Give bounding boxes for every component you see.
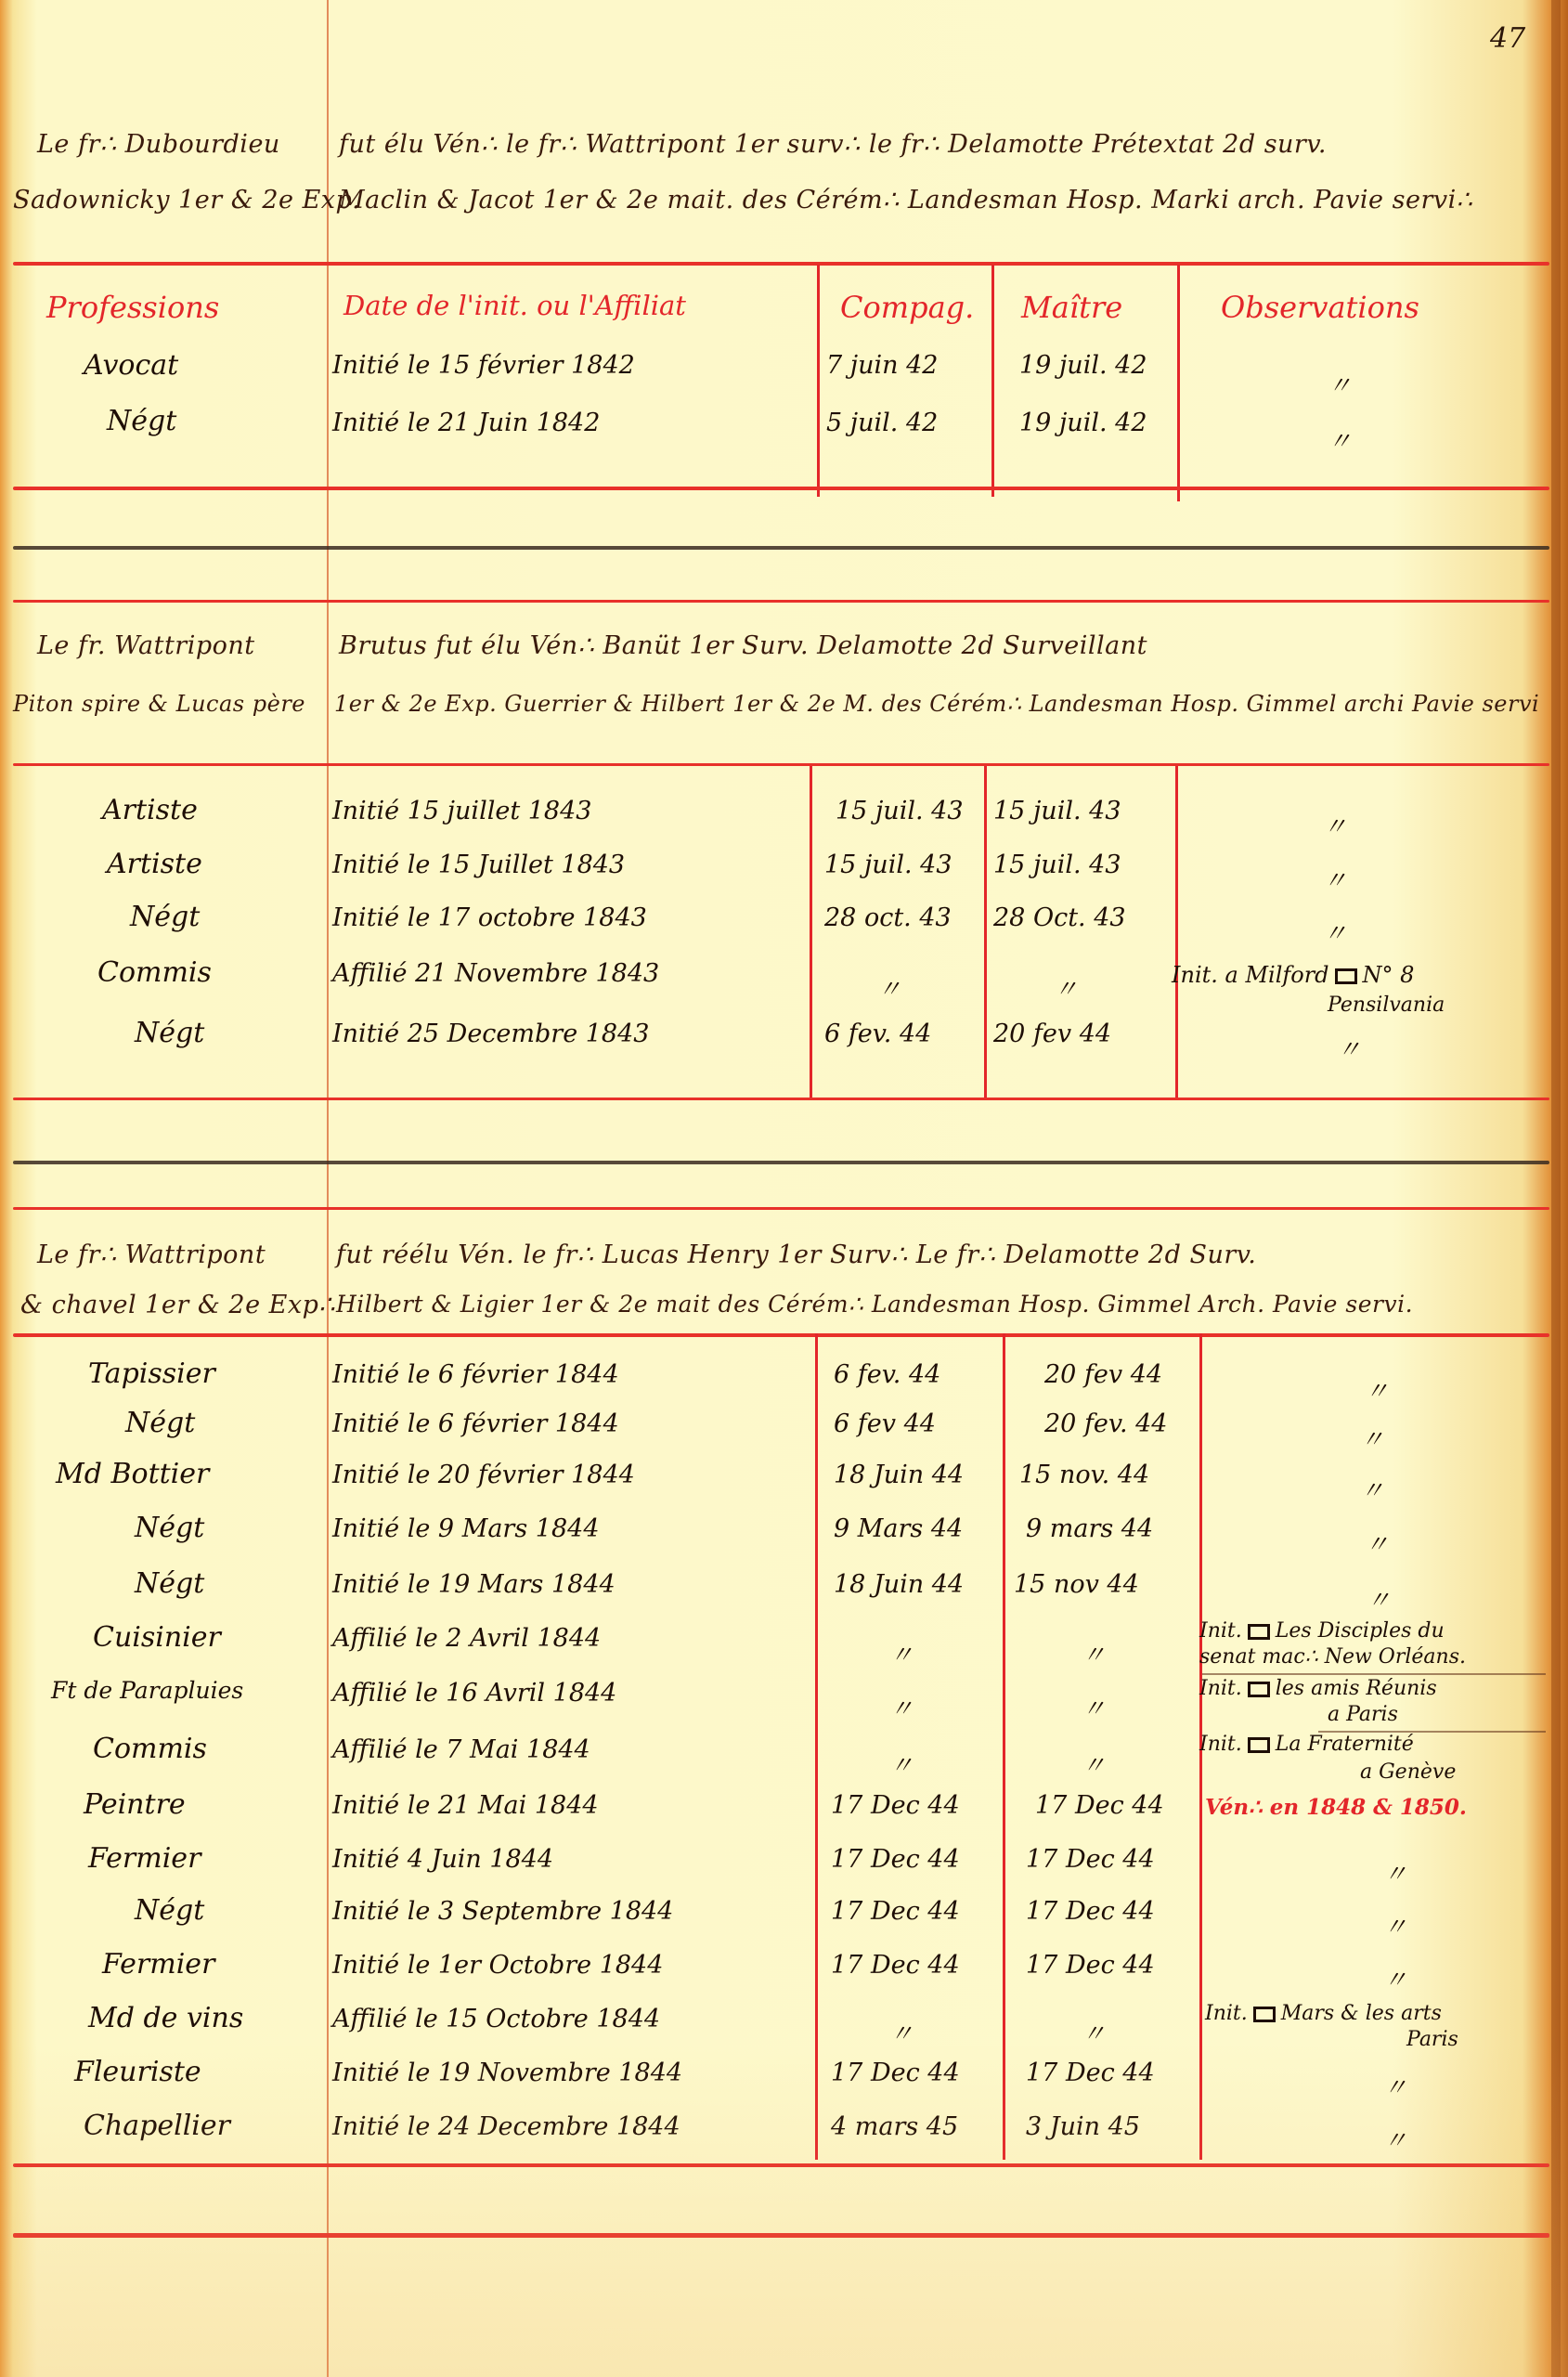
cell-maitre: 〃: [1082, 2015, 1106, 2049]
cell-maitre: 〃: [1082, 1690, 1106, 1724]
cell-compagnon: 〃: [877, 970, 901, 1005]
cell-compagnon: 7 juin 42: [826, 351, 939, 380]
cell-date: Initié le 1er Octobre 1844: [332, 1951, 663, 1980]
cell-compagnon: 17 Dec 44: [831, 2059, 960, 2087]
cell-date: Initié 25 Decembre 1843: [332, 1020, 649, 1048]
cell-date: Initié le 9 Mars 1844: [332, 1514, 600, 1543]
cell-profession: Md de vins: [88, 2002, 243, 2034]
cell-maitre: 20 fev. 44: [1044, 1409, 1167, 1438]
cell-maitre: 17 Dec 44: [1026, 1845, 1155, 1874]
cell-observations: Init.La Fraternité: [1199, 1733, 1414, 1756]
cell-date: Initié le 6 février 1844: [332, 1409, 619, 1438]
cell-profession: Md Bottier: [56, 1458, 209, 1490]
officer-line-name: Le fr∴ Dubourdieu: [37, 130, 280, 159]
book-binding-edge: [1551, 0, 1561, 2377]
cell-observations: 〃: [1328, 422, 1352, 457]
cell-observations: 〃: [1367, 1581, 1391, 1616]
cell-compagnon: 28 oct. 43: [824, 903, 952, 932]
cell-observations-line2: senat mac∴ New Orléans.: [1199, 1645, 1466, 1669]
section-divider: [13, 1333, 1549, 1337]
cell-maitre: 〃: [1082, 1636, 1106, 1670]
cell-profession: Fleuriste: [74, 2056, 201, 2088]
cell-profession: Tapissier: [88, 1357, 215, 1390]
officer-line-text: fut élu Vén∴ le fr∴ Wattripont 1er surv∴…: [339, 130, 1327, 159]
cell-date: Initié 15 juillet 1843: [332, 797, 591, 825]
officer-line-text: 1er & 2e Exp. Guerrier & Hilbert 1er & 2…: [334, 691, 1539, 717]
cell-date: Initié le 17 octobre 1843: [332, 903, 647, 932]
cell-profession: Avocat: [84, 349, 178, 382]
cell-profession: Fermier: [88, 1842, 201, 1875]
cell-date: Affilié le 15 Octobre 1844: [332, 2005, 660, 2033]
section-separator-dark: [13, 546, 1549, 550]
cell-maitre: 〃: [1054, 970, 1078, 1005]
cell-profession: Peintre: [84, 1788, 186, 1821]
cell-maitre: 〃: [1082, 1747, 1106, 1781]
cell-maitre: 17 Dec 44: [1026, 1897, 1155, 1926]
column-rule: [1003, 1333, 1005, 2160]
cell-compagnon: 〃: [889, 2015, 914, 2049]
cell-compagnon: 5 juil. 42: [826, 409, 938, 437]
cell-observations: Init.Mars & les arts: [1205, 2002, 1442, 2025]
section-end-rule: [13, 1098, 1549, 1100]
header-maitre: Maître: [1021, 290, 1122, 325]
section-end-rule: [13, 487, 1549, 490]
column-rule: [817, 265, 820, 497]
cell-date: Initié le 15 Juillet 1843: [332, 851, 625, 879]
cell-maitre: 15 juil. 43: [993, 797, 1121, 825]
cell-profession: Ft de Parapluies: [51, 1677, 243, 1704]
cell-compagnon: 6 fev. 44: [824, 1020, 931, 1048]
cell-observations: 〃: [1360, 1472, 1384, 1506]
section-separator-dark: [13, 1161, 1549, 1164]
cell-maitre: 19 juil. 42: [1019, 351, 1147, 380]
column-rule: [991, 265, 994, 497]
cell-profession: Commis: [93, 1733, 207, 1765]
cell-observations: Init. a MilfordN° 8: [1172, 962, 1414, 988]
officer-line-name: & chavel 1er & 2e Exp∴: [20, 1291, 335, 1319]
page-end-rule: [13, 2233, 1549, 2238]
cell-maitre: 17 Dec 44: [1035, 1791, 1164, 1820]
header-professions: Professions: [46, 290, 219, 325]
cell-profession: Négt: [135, 1512, 204, 1544]
cell-compagnon: 〃: [889, 1636, 914, 1670]
cell-date: Initié 4 Juin 1844: [332, 1845, 553, 1874]
cell-date: Initié le 19 Mars 1844: [332, 1570, 616, 1599]
cell-compagnon: 17 Dec 44: [831, 1791, 960, 1820]
cell-compagnon: 17 Dec 44: [831, 1897, 960, 1926]
cell-observations: 〃: [1328, 367, 1352, 401]
cell-profession: Commis: [97, 956, 212, 989]
cell-observations: 〃: [1323, 862, 1347, 896]
cell-date: Affilié le 2 Avril 1844: [332, 1624, 601, 1653]
cell-observations-line2: Pensilvania: [1328, 994, 1445, 1017]
section-end-rule: [13, 2163, 1549, 2167]
cell-maitre: 20 fev 44: [993, 1020, 1111, 1048]
cell-date: Affilié le 7 Mai 1844: [332, 1735, 590, 1764]
officer-line-text: Hilbert & Ligier 1er & 2e mait des Cérém…: [336, 1291, 1413, 1318]
officer-line-name: Le fr. Wattripont: [37, 631, 255, 660]
cell-maitre: 20 fev 44: [1044, 1360, 1162, 1389]
cell-observations-line2: a Paris: [1328, 1703, 1398, 1726]
cell-maitre: 28 Oct. 43: [993, 903, 1126, 932]
cell-compagnon: 〃: [889, 1690, 914, 1724]
officer-line-name: Piton spire & Lucas père: [13, 691, 305, 717]
cell-profession: Négt: [130, 901, 200, 933]
cell-maitre: 17 Dec 44: [1026, 1951, 1155, 1980]
cell-observations: 〃: [1383, 1908, 1407, 1942]
cell-observations: 〃: [1383, 2122, 1407, 2156]
column-rule: [1177, 265, 1180, 501]
cell-maitre: 3 Juin 45: [1026, 2112, 1140, 2141]
cell-date: Affilié 21 Novembre 1843: [332, 959, 659, 988]
cell-compagnon: 18 Juin 44: [834, 1461, 964, 1489]
column-rule: [810, 766, 812, 1100]
cell-observations: Vén∴ en 1848 & 1850.: [1205, 1795, 1467, 1820]
header-date: Date de l'init. ou l'Affiliat: [343, 290, 686, 321]
lodge-square-icon: [1248, 1682, 1270, 1697]
cell-date: Initié le 21 Mai 1844: [332, 1791, 599, 1820]
cell-maitre: 19 juil. 42: [1019, 409, 1147, 437]
cell-compagnon: 17 Dec 44: [831, 1845, 960, 1874]
cell-profession: Négt: [107, 405, 176, 437]
cell-observations: 〃: [1360, 1421, 1384, 1455]
cell-maitre: 15 nov 44: [1014, 1570, 1139, 1599]
officer-line-name: Le fr∴ Wattripont: [37, 1240, 266, 1269]
header-observations: Observations: [1221, 290, 1419, 325]
cell-date: Initié le 6 février 1844: [332, 1360, 619, 1389]
observation-underline: [1202, 1673, 1546, 1675]
cell-date: Initié le 24 Decembre 1844: [332, 2112, 680, 2141]
cell-profession: Négt: [135, 1567, 204, 1600]
lodge-square-icon: [1248, 1737, 1270, 1753]
cell-compagnon: 〃: [889, 1747, 914, 1781]
lodge-square-icon: [1335, 968, 1357, 984]
cell-compagnon: 17 Dec 44: [831, 1951, 960, 1980]
column-rule: [815, 1333, 818, 2160]
column-rule: [984, 766, 987, 1100]
cell-observations: 〃: [1323, 915, 1347, 949]
officer-line-name: Sadowniсky 1er & 2e Exp.: [13, 186, 360, 214]
header-compagnon: Compag.: [840, 290, 974, 325]
cell-maitre: 17 Dec 44: [1026, 2059, 1155, 2087]
cell-compagnon: 18 Juin 44: [834, 1570, 964, 1599]
cell-date: Initié le 3 Septembre 1844: [332, 1897, 673, 1926]
cell-profession: Négt: [125, 1407, 195, 1439]
cell-date: Affilié le 16 Avril 1844: [332, 1679, 616, 1708]
cell-profession: Négt: [135, 1017, 204, 1049]
cell-observations: Init.les amis Réunis: [1199, 1677, 1437, 1700]
section-divider: [13, 1207, 1549, 1210]
section-divider: [13, 262, 1549, 266]
cell-maitre: 15 juil. 43: [993, 851, 1121, 879]
page-number: 47: [1490, 22, 1525, 55]
cell-observations: 〃: [1365, 1526, 1389, 1560]
cell-observations: 〃: [1323, 808, 1347, 842]
lodge-square-icon: [1248, 1624, 1270, 1640]
cell-profession: Artiste: [102, 794, 198, 826]
left-margin-rule: [327, 0, 329, 2377]
cell-maitre: 9 mars 44: [1026, 1514, 1153, 1543]
cell-date: Initié le 19 Novembre 1844: [332, 2059, 682, 2087]
cell-compagnon: 4 mars 45: [831, 2112, 958, 2141]
officer-line-text: Maclin & Jacot 1er & 2e mait. des Cérém∴…: [339, 186, 1472, 214]
lodge-square-icon: [1253, 2007, 1276, 2022]
cell-observations: 〃: [1337, 1031, 1361, 1065]
cell-date: Initié le 15 février 1842: [332, 351, 635, 380]
cell-profession: Artiste: [107, 848, 202, 880]
officer-line-text: Brutus fut élu Vén∴ Banüt 1er Surv. Dela…: [339, 631, 1147, 660]
cell-observations-line2: a Genève: [1360, 1760, 1456, 1784]
cell-observations: 〃: [1383, 2069, 1407, 2103]
cell-date: Initié le 21 Juin 1842: [332, 409, 600, 437]
cell-compagnon: 15 juil. 43: [836, 797, 964, 825]
cell-observations: 〃: [1383, 1961, 1407, 1995]
cell-observations: 〃: [1365, 1372, 1389, 1407]
cell-profession: Cuisinier: [93, 1621, 221, 1654]
cell-compagnon: 15 juil. 43: [824, 851, 952, 879]
cell-profession: Négt: [135, 1894, 204, 1927]
cell-compagnon: 6 fev 44: [834, 1409, 936, 1438]
cell-observations-line2: Paris: [1406, 2028, 1458, 2051]
cell-maitre: 15 nov. 44: [1019, 1461, 1149, 1489]
cell-date: Initié le 20 février 1844: [332, 1461, 635, 1489]
ledger-page: 47 Le fr∴ Dubourdieu fut élu Vén∴ le fr∴…: [0, 0, 1568, 2377]
cell-compagnon: 6 fev. 44: [834, 1360, 940, 1389]
cell-observations: 〃: [1383, 1855, 1407, 1890]
cell-profession: Chapellier: [84, 2110, 230, 2142]
cell-profession: Fermier: [102, 1948, 214, 1981]
cell-observations: Init.Les Disciples du: [1199, 1619, 1445, 1643]
section-divider: [13, 763, 1549, 766]
cell-compagnon: 9 Mars 44: [834, 1514, 963, 1543]
officer-line-text: fut réélu Vén. le fr∴ Lucas Henry 1er Su…: [336, 1240, 1256, 1269]
column-rule: [1175, 766, 1178, 1100]
section-divider: [13, 600, 1549, 603]
